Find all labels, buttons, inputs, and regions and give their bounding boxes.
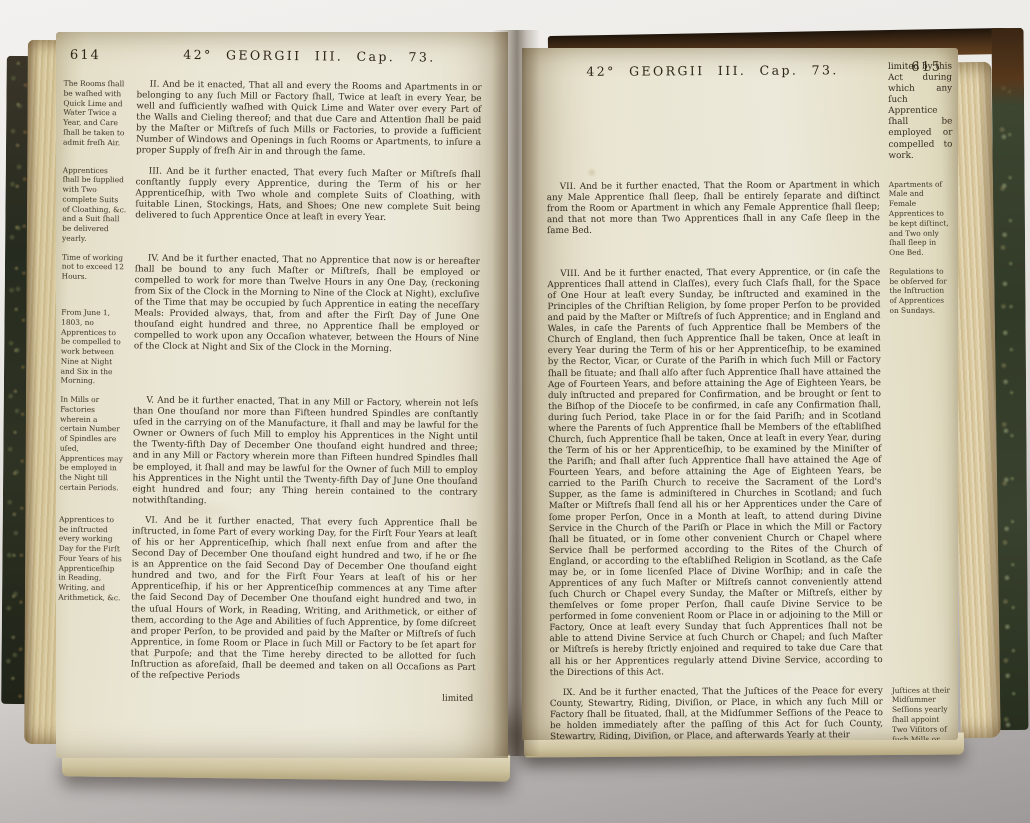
- margin-note-twelve-hours: Time of working not to exceed 12 Hours.: [62, 252, 126, 282]
- margin-note-rooms-washed: The Rooms ſhall be waſhed with Quick Lim…: [63, 79, 128, 157]
- book-photograph: 614 42° GEORGII III. Cap. 73. The Rooms …: [0, 0, 1030, 823]
- statute-paragraph-ix: IX. And be it further enacted, That the …: [550, 686, 883, 740]
- catchword-row-left: limited: [130, 690, 475, 704]
- right-page-content: 615 42° GEORGII III. Cap. 73. limited by…: [522, 48, 958, 740]
- spacer: [57, 690, 121, 701]
- left-page-columns: 42° GEORGII III. Cap. 73. The Rooms ſhal…: [57, 46, 482, 704]
- margin-note-two-suits: Apprentices ſhall be ſupplied with Two c…: [62, 165, 127, 244]
- page-number-right: 615: [911, 60, 942, 75]
- left-page: 614 42° GEORGII III. Cap. 73. The Rooms …: [56, 32, 508, 758]
- right-page-columns: 42° GEORGII III. Cap. 73. limited by thi…: [546, 62, 956, 740]
- statute-paragraph-vi: VI. And be it further enacted, That ever…: [130, 515, 477, 685]
- margin-note-sleeping-apartments: Apartments of Male and Female Apprentice…: [889, 179, 953, 258]
- margin-note-group-hours: Time of working not to exceed 12 Hours. …: [61, 252, 126, 386]
- statute-paragraph-vii: VII. And be it further enacted, That the…: [547, 180, 880, 260]
- continuation-paragraph: limited by this Act during which any ſuc…: [888, 62, 953, 162]
- running-header-left: 42° GEORGII III. Cap. 73.: [137, 46, 482, 65]
- statute-paragraph-iv: IV. And be it further enacted, That no A…: [133, 253, 479, 390]
- statute-paragraph-iii: III. And be it further enacted, That eve…: [135, 166, 481, 248]
- page-number-left: 614: [70, 48, 101, 63]
- margin-note-instruction: Apprentices to be inſtructed every worki…: [57, 515, 123, 682]
- margin-note-spindles: In Mills or Factories wherein a certain …: [59, 395, 124, 506]
- running-header-right: 42° GEORGII III. Cap. 73.: [546, 62, 880, 155]
- catchword-left: limited: [442, 694, 475, 704]
- margin-note-sunday-instruction: Regulations to be obſerved for the Inſtr…: [889, 266, 956, 676]
- margin-note-justices-visitors: Juſtices at their Midſummer Seſſions yea…: [892, 685, 956, 740]
- statute-paragraph-viii: VIII. And be it further enacted, That ev…: [547, 267, 882, 679]
- statute-paragraph-v: V. And be it further enacted, That in an…: [132, 396, 478, 510]
- statute-paragraph-ii: II. And be it enacted, That all and ever…: [136, 79, 482, 160]
- right-page: 615 42° GEORGII III. Cap. 73. limited by…: [522, 48, 958, 740]
- left-page-content: 614 42° GEORGII III. Cap. 73. The Rooms …: [56, 32, 508, 758]
- margin-note-night-work: From June 1, 1803, no Apprentices to be …: [61, 308, 126, 387]
